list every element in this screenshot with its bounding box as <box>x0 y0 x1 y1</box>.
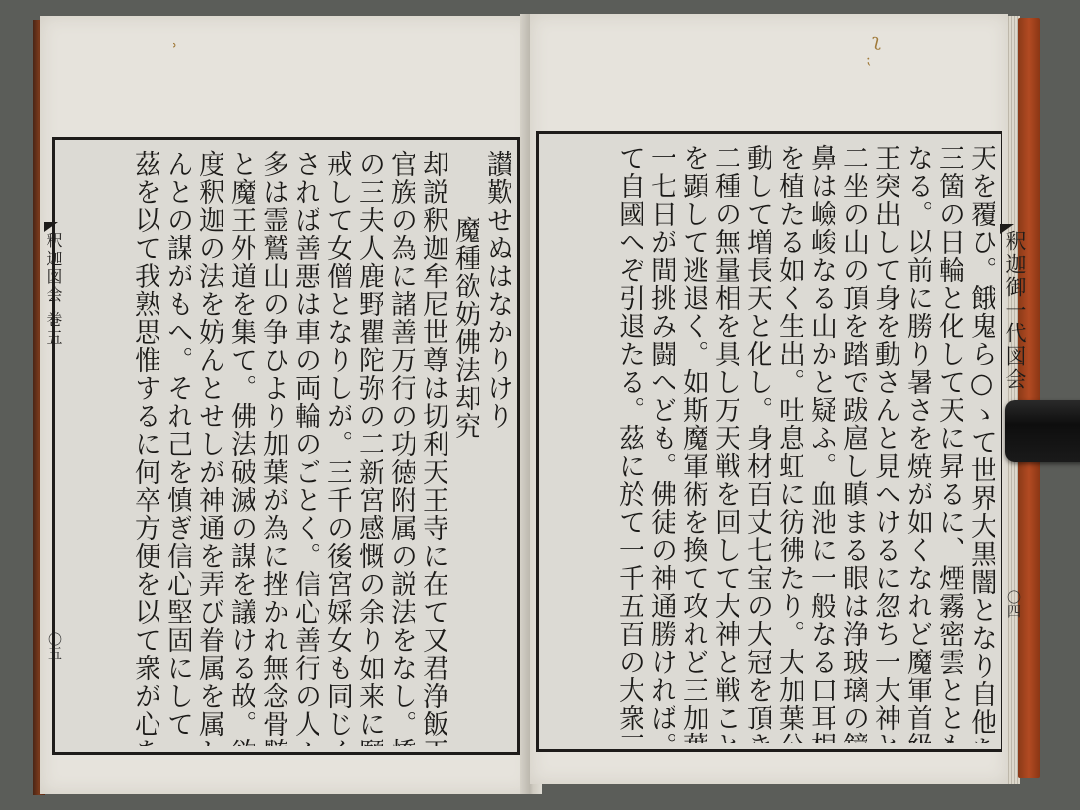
text-column: を顕して逃退く。如斯魔軍術を換て攻れど三加葉方便を変て破り <box>675 140 707 743</box>
left-page-columns: 讃歎せぬはなかりけり 魔種欲妨佛法却究 却説釈迦牟尼世尊は切利天王寺に在て又君浄… <box>61 146 511 746</box>
text-column: なる。以前に勝り暑さを焼が如くなれど魔軍首級てで敗退く。弟八陣の魔 <box>899 140 931 743</box>
text-column: 戒して女僧となりしが。三千の後宮婇女も同じく剃髪染衣の姿となりぬ。 <box>319 146 351 746</box>
text-column: 三箇の日輪と化して天に昇るに、煙霧密雲とともに魔軍となり。世界明朗に <box>931 140 963 743</box>
open-book: ˒ 讃歎せぬはなかりけり 魔種欲妨佛法却究 却説釈迦牟尼世尊は切利天王寺に在て又… <box>0 0 1080 810</box>
text-column: 多は霊鷲山の争ひより加葉が為に挫かれ無念骨髄に徹り。猶も佛法に寇せん <box>255 146 287 746</box>
text-column: と魔王外道を集て。佛法破滅の謀を議ける故。欲界の魔王が曰く是すぐ数 <box>223 146 255 746</box>
text-column: んとの謀がもへ。それ己を慎ぎ信心堅固にして一念を乱さず。故に毎度勝事不能 <box>159 146 191 746</box>
text-column: 茲を以て我熟思惟するに何卒方便を以て衆が心を驕らせ。其慢心の生ぜる <box>127 146 159 746</box>
right-folio-number: 〇四 <box>1003 590 1023 618</box>
text-column: 王突出して身を動さんと見へけるに忽ち一大神と化し身材七十五丈両足 <box>867 140 899 743</box>
text-column: 鼻は嶮峻なる山かと疑ふ。血池に一般なる口耳根まで裂おきがら利剣 <box>803 140 835 743</box>
right-page-text-frame: 天を覆ひ。餓鬼ら○ゝて世界大黒闇となり自他を見分る事能ず。三加葉すさ 三箇の日輪… <box>536 131 1002 752</box>
text-column: 動して増長天と化し。身材百丈七宝の大冠を頂き円明なる円光を肩に <box>739 140 771 743</box>
text-column: 一七日が間挑み闘へども。佛徒の神通勝ければ。提婆遂に気を屈し魔軍と牽 <box>643 140 675 743</box>
left-hashira-title: 釈迦図会 巻五 <box>42 232 65 347</box>
text-column: されば善悪は車の両輪のごとく。信心善行の人々には事易り。斛飯王の子提婆達 <box>287 146 319 746</box>
section-subheading: 魔種欲妨佛法却究 <box>447 146 479 746</box>
text-column: を植たる如く生出。吐息虹に彷彿たり。大加葉公然として怕ず同く身を <box>771 140 803 743</box>
left-folio-number: 〇五 <box>44 632 64 660</box>
text-column: 度釈迦の法を妨んとせしが神通を弄び眷属を属しく。遂に釈迦を害せ <box>191 146 223 746</box>
left-page-text-frame: 讃歎せぬはなかりけり 魔種欲妨佛法却究 却説釈迦牟尼世尊は切利天王寺に在て又君浄… <box>52 137 520 755</box>
text-column: の三夫人鹿野瞿陀弥の二新宮感慨の余り如来に願ひ瑠璃の髪をそりて <box>351 146 383 746</box>
text-column: 却説釈迦牟尼世尊は切利天王寺に在て又君浄飯王御追福の為且諸卿 <box>415 146 447 746</box>
paper-stain: ʅ <box>872 30 881 51</box>
paper-stain: ˒ <box>172 36 178 57</box>
page-clip <box>1005 400 1080 462</box>
text-column: 二種の無量相を具し万天戦を回して大神と戦こと一千余合。魔王遂に敗色 <box>707 140 739 743</box>
text-column: 天を覆ひ。餓鬼ら○ゝて世界大黒闇となり自他を見分る事能ず。三加葉すさ <box>963 140 995 743</box>
right-page-columns: 天を覆ひ。餓鬼ら○ゝて世界大黒闇となり自他を見分る事能ず。三加葉すさ 三箇の日輪… <box>545 140 995 743</box>
paper-stain: ⁏ <box>866 52 871 68</box>
section-heading: 讃歎せぬはなかりけり <box>479 146 511 746</box>
text-column: 官族の為に諸善万行の功徳附属の説法をなし。憍曇弥好容芙蓉 <box>383 146 415 746</box>
text-column: 二坐の山の頂を踏で跋扈し瞋まる眼は浄玻璃の鏡をかけるごとく <box>835 140 867 743</box>
text-column: て自國へぞ引退たる。茲に於て一千五百の大衆三加葉の神通広大なりとて <box>611 140 643 743</box>
hashira-mark <box>44 222 58 232</box>
